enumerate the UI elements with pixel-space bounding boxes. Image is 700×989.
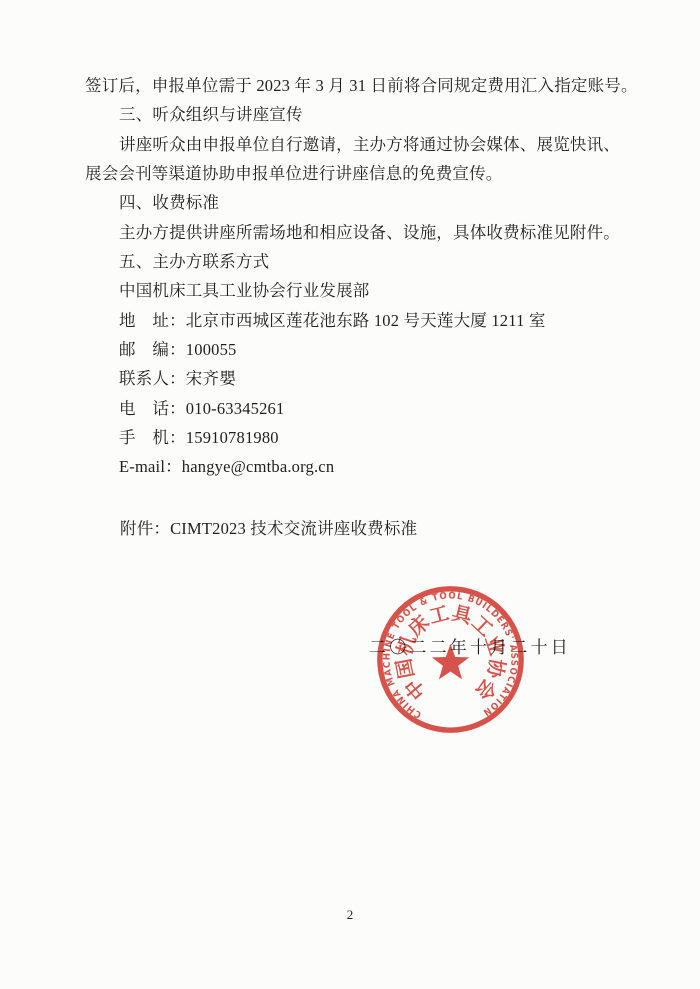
para-audience-invitation-cont: 展会会刊等渠道协助申报单位进行讲座信息的免费宣传。 [85,159,650,188]
para-fee-standard: 主办方提供讲座所需场地和相应设备、设施，具体收费标准见附件。 [85,218,650,247]
seal-cn-char: 国 [393,656,418,680]
contact-person: 联系人：宋齐嬰 [85,364,650,393]
contact-email: E-mail：hangye@cmtba.org.cn [85,452,650,481]
contact-mobile: 手 机：15910781980 [85,423,650,452]
attachment-line: 附件：CIMT2023 技术交流讲座收费标准 [120,515,417,539]
contact-phone: 电 话：010-63345261 [85,394,650,423]
page-number: 2 [0,907,700,923]
heading-contact-info: 五、主办方联系方式 [85,247,650,276]
para-payment-deadline: 签订后，申报单位需于 2023 年 3 月 31 日前将合同规定费用汇入指定账号… [85,71,650,100]
official-seal-stamp: CHINA MACHINE TOOL & TOOL BUILDERS' ASSO… [372,581,529,738]
seal-svg: CHINA MACHINE TOOL & TOOL BUILDERS' ASSO… [372,581,529,738]
document-page: 签订后，申报单位需于 2023 年 3 月 31 日前将合同规定费用汇入指定账号… [0,0,700,989]
contact-org-name: 中国机床工具工业协会行业发展部 [85,276,650,305]
contact-postcode: 邮 编：100055 [85,335,650,364]
contact-address: 地 址：北京市西城区莲花池东路 102 号天莲大厦 1211 室 [85,306,650,335]
star-icon [432,644,469,680]
body-text-block: 签订后，申报单位需于 2023 年 3 月 31 日前将合同规定费用汇入指定账号… [85,71,650,482]
heading-audience-promotion: 三、听众组织与讲座宣传 [85,100,650,129]
seal-cn-char: 工 [427,603,451,628]
heading-fee-standard: 四、收费标准 [85,188,650,217]
para-audience-invitation: 讲座听众由申报单位自行邀请，主办方将通过协会媒体、展览快讯、 [85,130,650,159]
